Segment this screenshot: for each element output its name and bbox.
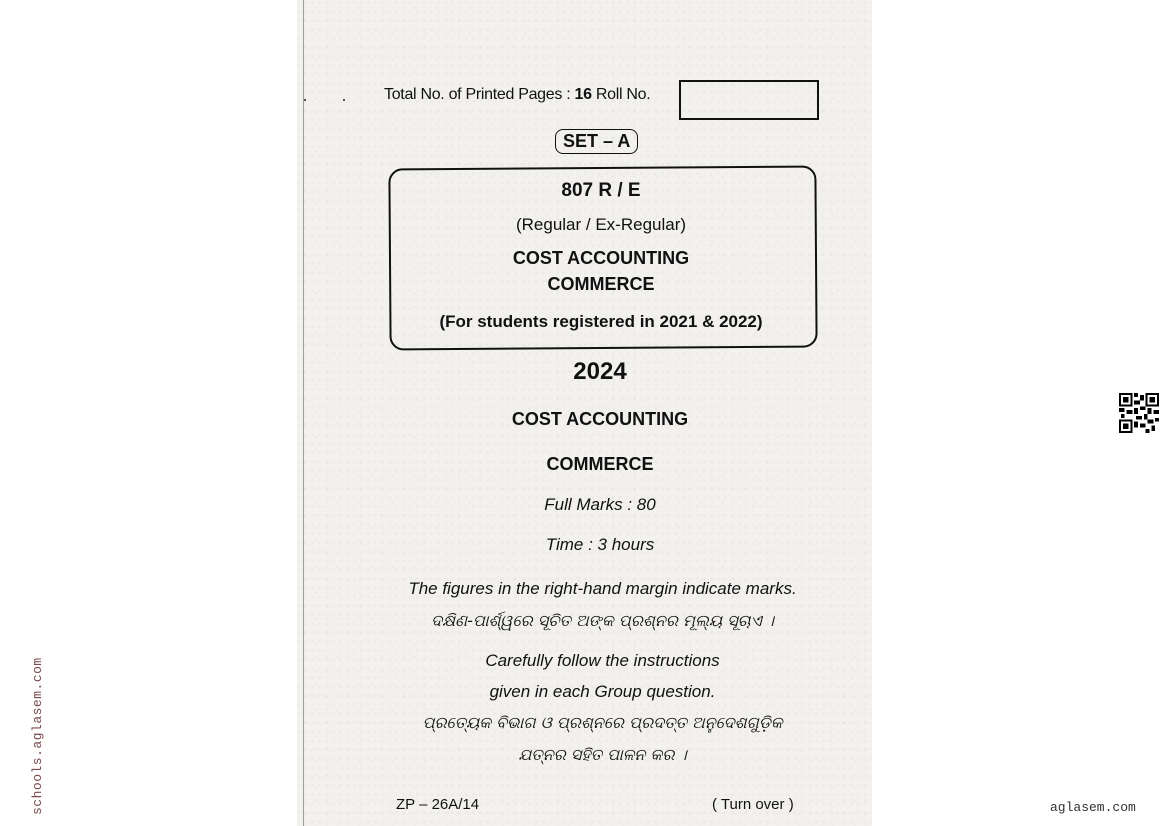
eligibility-note: (For students registered in 2021 & 2022) [389,312,813,332]
printed-pages-value: 16 [575,86,592,103]
watermark-left: schools.aglasem.com [30,657,45,815]
follow-instruction-or-1: ପ୍ରତ୍ୟେକ ବିଭାଗ ଓ ପ୍ରଶ୍ନରେ ପ୍ରଦତ୍ତ ଅନୁଦେଶ… [380,713,825,733]
paper-edge-line [303,0,304,826]
full-marks: Full Marks : 80 [450,495,750,515]
box-stream: COMMERCE [389,274,813,295]
qr-code-icon [1119,393,1159,433]
box-subject: COST ACCOUNTING [389,248,813,269]
course-code: 807 R / E [389,180,813,202]
exam-stream: COMMERCE [450,454,750,475]
scan-dot [304,99,306,101]
set-badge: SET – A [555,129,638,154]
printed-pages-line: Total No. of Printed Pages : 16 Roll No. [384,86,650,104]
exam-subject: COST ACCOUNTING [450,409,750,430]
scan-dot [343,99,345,101]
follow-instruction-or-2: ଯତ୍ନର ସହିତ ପାଳନ କର । [380,745,825,765]
candidate-category: (Regular / Ex-Regular) [389,215,813,235]
roll-number-field[interactable] [679,80,819,120]
watermark-right: aglasem.com [1050,800,1136,815]
exam-duration: Time : 3 hours [450,535,750,555]
printed-pages-label: Total No. of Printed Pages : [384,86,570,103]
exam-year: 2024 [500,358,700,386]
roll-no-label: Roll No. [596,86,651,103]
follow-instruction-en-2: given in each Group question. [380,682,825,702]
turn-over-note: ( Turn over ) [712,796,794,813]
marks-instruction-or: ଦକ୍ଷିଣ-ପାର୍ଶ୍ୱରେ ସୂଚିତ ଅଙ୍କ ପ୍ରଶ୍ନର ମୂଲ୍… [380,611,825,631]
marks-instruction-en: The figures in the right-hand margin ind… [380,579,825,599]
follow-instruction-en-1: Carefully follow the instructions [380,651,825,671]
paper-code: ZP – 26A/14 [396,796,479,813]
